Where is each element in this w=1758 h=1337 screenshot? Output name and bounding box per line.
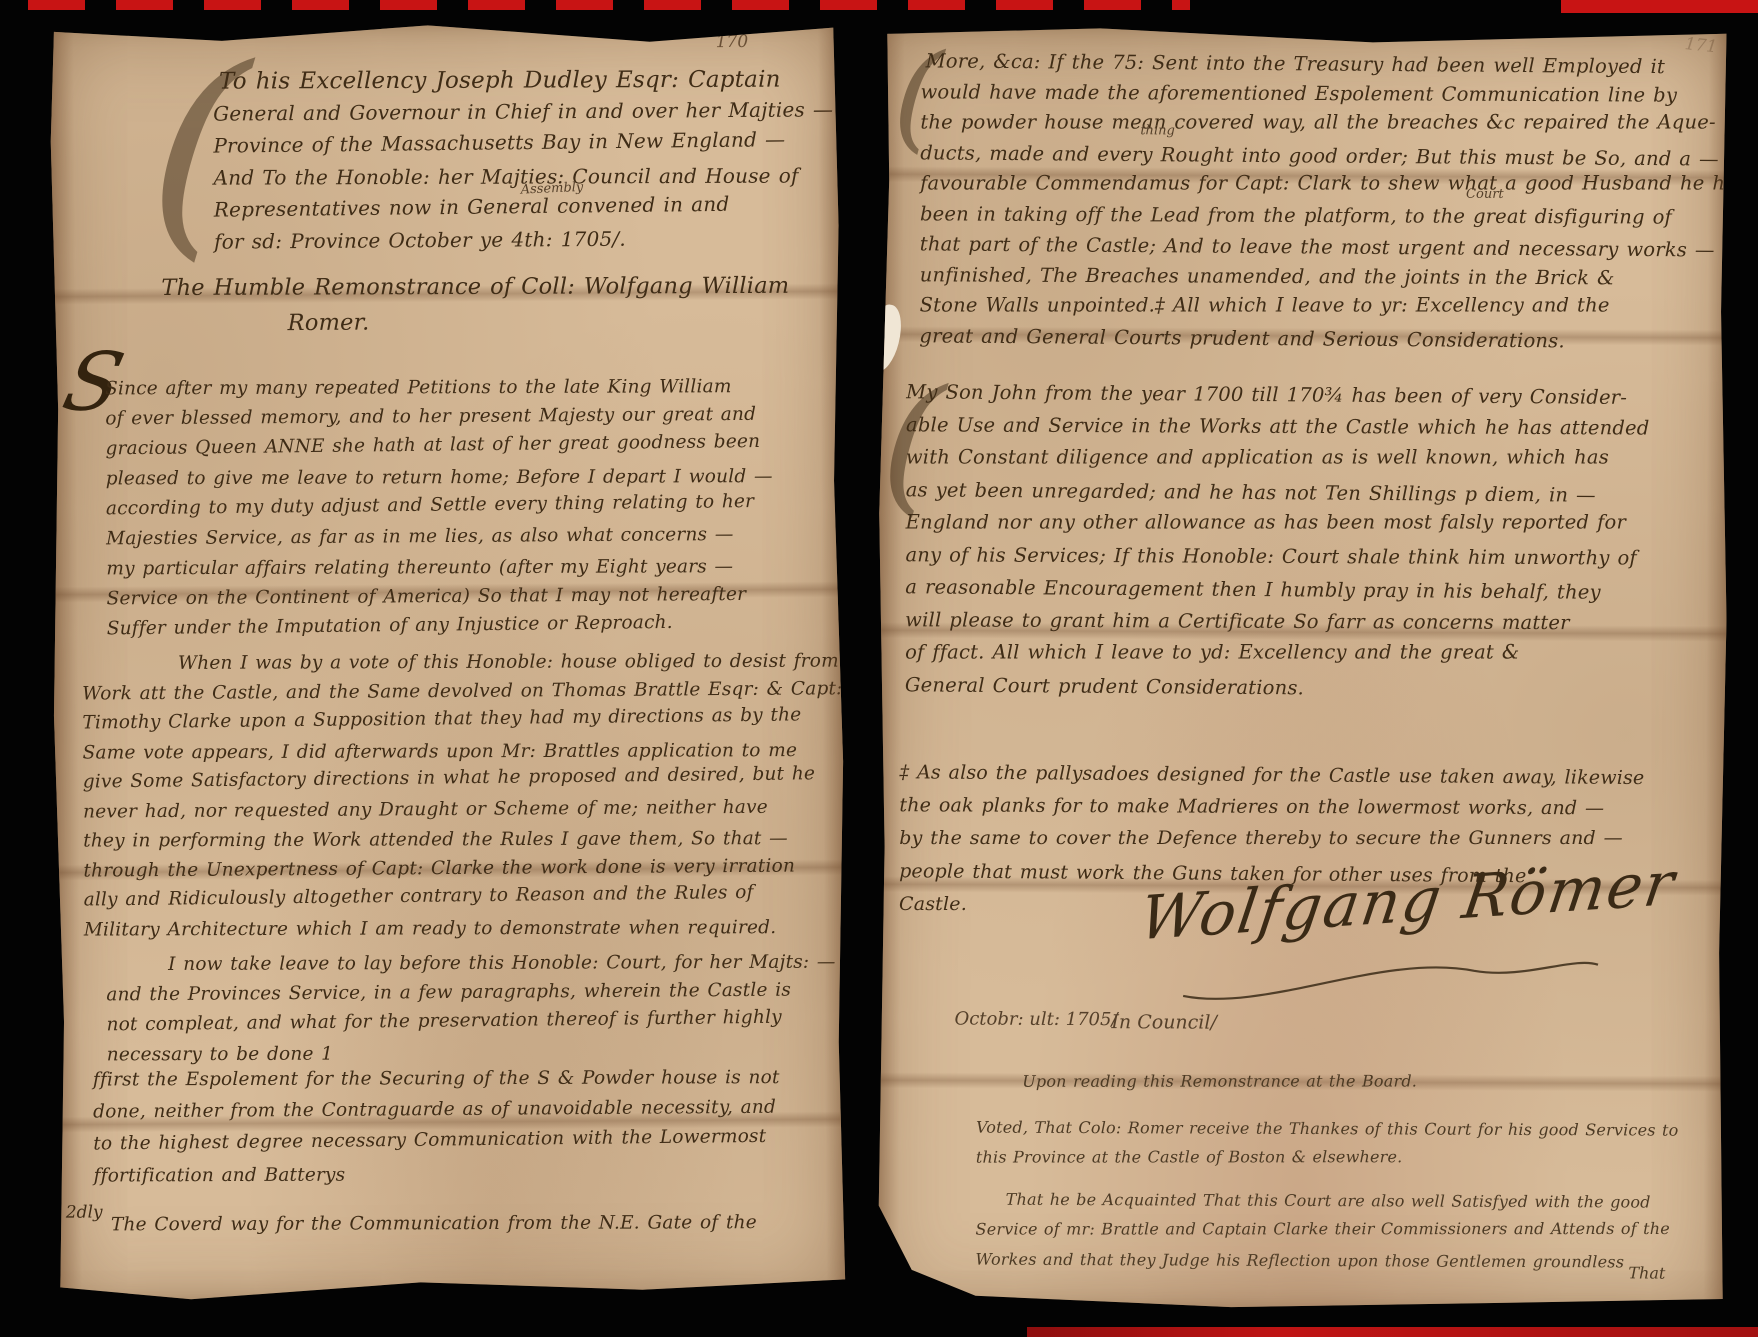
margin-label-2dly: 2dly <box>66 1202 103 1222</box>
paragraph-treasury: More, &ca: If the 75: Sent into the Trea… <box>919 46 1730 355</box>
manuscript-line: Voted, That Colo: Romer receive the Than… <box>976 1113 1679 1146</box>
signature-flourish <box>1174 944 1606 1018</box>
council-heading: In Council/ <box>1111 1011 1217 1033</box>
manuscript-line: the powder house mean covered way, all t… <box>920 107 1730 138</box>
manuscript-line: Romer. <box>288 302 790 342</box>
manuscript-line: Majesties Service, as far as in me lies,… <box>106 520 773 555</box>
manuscript-line: favourable Commendamus for Capt: Clark t… <box>920 168 1731 199</box>
manuscript-line: of ffact. All which I leave to yd: Excel… <box>905 636 1648 669</box>
paragraph-castle-work: When I was by a vote of this Honoble: ho… <box>82 644 849 945</box>
manuscript-line: My Son John from the year 1700 till 170¾… <box>906 376 1650 414</box>
manuscript-line: my particular affairs relating thereunto… <box>106 552 773 584</box>
manuscript-line: Upon reading this Remonstrance at the Bo… <box>1022 1066 1678 1097</box>
crop-mark-top-dashes <box>28 0 1190 10</box>
manuscript-line: To his Excellency Joseph Dudley Esqr: Ca… <box>219 63 833 97</box>
manuscript-line: been in taking off the Lead from the pla… <box>920 199 1731 233</box>
manuscript-line: they in performing the Work attended the… <box>83 824 848 856</box>
council-minutes: Upon reading this Remonstrance at the Bo… <box>975 1067 1678 1278</box>
manuscript-line: for sd: Province October ye 4th: 1705/. <box>214 221 834 257</box>
interlinear-insertion-thing: thing <box>1140 123 1175 138</box>
manuscript-line: ‡ As also the pallysadoes designed for t… <box>899 756 1644 795</box>
manuscript-line: that part of the Castle; And to leave th… <box>920 229 1731 266</box>
manuscript-line: Workes and that they Judge his Reflectio… <box>975 1245 1678 1278</box>
right-page: 171 ( More, &ca: If the 75: Sent into th… <box>873 26 1731 1312</box>
manuscript-line: a reasonable Encouragement then I humbly… <box>905 571 1649 609</box>
manuscript-line: Stone Walls unpointed.‡ All which I leav… <box>920 290 1731 320</box>
left-page: 170 ( To his Excellency Joseph Dudley Es… <box>48 21 849 1302</box>
interlinear-insertion-assembly: Assembly <box>520 180 583 198</box>
scan-background: 170 ( To his Excellency Joseph Dudley Es… <box>0 0 1758 1337</box>
manuscript-line: with Constant diligence and application … <box>906 441 1649 474</box>
manuscript-line: When I was by a vote of this Honoble: ho… <box>178 646 848 678</box>
manuscript-line: That he be Acquainted That this Court ar… <box>1006 1185 1679 1218</box>
manuscript-line: ffirst the Espolement for the Securing o… <box>93 1062 780 1096</box>
manuscript-line: by the same to cover the Defence thereby… <box>899 822 1644 855</box>
manuscript-line: according to my duty adjust and Settle e… <box>106 487 773 525</box>
manuscript-line: Suffer under the Imputation of any Injus… <box>107 607 774 645</box>
manuscript-line: the oak planks for to make Madrieres on … <box>899 789 1644 825</box>
manuscript-line: More, &ca: If the 75: Sent into the Trea… <box>926 46 1731 83</box>
manuscript-line: never had, nor requested any Draught or … <box>83 791 849 826</box>
manuscript-line: The Coverd way for the Communication fro… <box>111 1208 757 1240</box>
interlinear-insertion-court: Court <box>1466 187 1504 202</box>
crop-mark-bottom-right <box>1027 1327 1758 1337</box>
remonstrance-title: The Humble Remonstrance of Coll: Wolfgan… <box>161 266 789 342</box>
dateline: Octobr: ult: 1705/ <box>954 1008 1117 1030</box>
crop-mark-top-right <box>1561 0 1758 13</box>
manuscript-line: great and General Courts prudent and Ser… <box>919 321 1730 358</box>
manuscript-line: able Use and Service in the Works att th… <box>906 409 1650 445</box>
manuscript-line: Since after my many repeated Petitions t… <box>105 372 772 404</box>
paragraph-coverd-way: The Coverd way for the Communication fro… <box>111 1206 757 1241</box>
paragraph-first-espolement: ffirst the Espolement for the Securing o… <box>93 1060 781 1193</box>
manuscript-line: ffortification and Batterys <box>94 1158 781 1192</box>
manuscript-line: General Court prudent Considerations. <box>905 669 1649 707</box>
manuscript-line: Province of the Massachusetts Bay in New… <box>213 123 833 162</box>
manuscript-line: will please to grant him a Certificate S… <box>905 604 1649 640</box>
paragraph-son-john: My Son John from the year 1700 till 170¾… <box>905 376 1650 704</box>
manuscript-line: any of his Services; If this Honoble: Co… <box>905 539 1649 575</box>
manuscript-line: I now take leave to lay before this Hono… <box>168 948 836 980</box>
salutation-address: To his Excellency Joseph Dudley Esqr: Ca… <box>213 61 834 257</box>
page-number-left: 170 <box>716 32 749 52</box>
manuscript-line: this Province at the Castle of Boston & … <box>976 1142 1678 1173</box>
manuscript-line: to the highest degree necessary Communic… <box>93 1121 780 1161</box>
manuscript-line: England nor any other allowance as has b… <box>906 506 1649 539</box>
manuscript-line: Service of mr: Brattle and Captain Clark… <box>976 1214 1678 1245</box>
manuscript-line: The Humble Remonstrance of Coll: Wolfgan… <box>161 268 789 306</box>
catchword: That <box>1628 1263 1665 1282</box>
torn-edge-patch <box>873 302 907 375</box>
paragraph-petitions: Since after my many repeated Petitions t… <box>105 370 774 645</box>
manuscript-line: Military Architecture which I am ready t… <box>84 912 849 944</box>
paragraph-take-leave: I now take leave to lay before this Hono… <box>106 945 836 1070</box>
manuscript-line: gracious Queen ANNE she hath at last of … <box>105 427 772 465</box>
